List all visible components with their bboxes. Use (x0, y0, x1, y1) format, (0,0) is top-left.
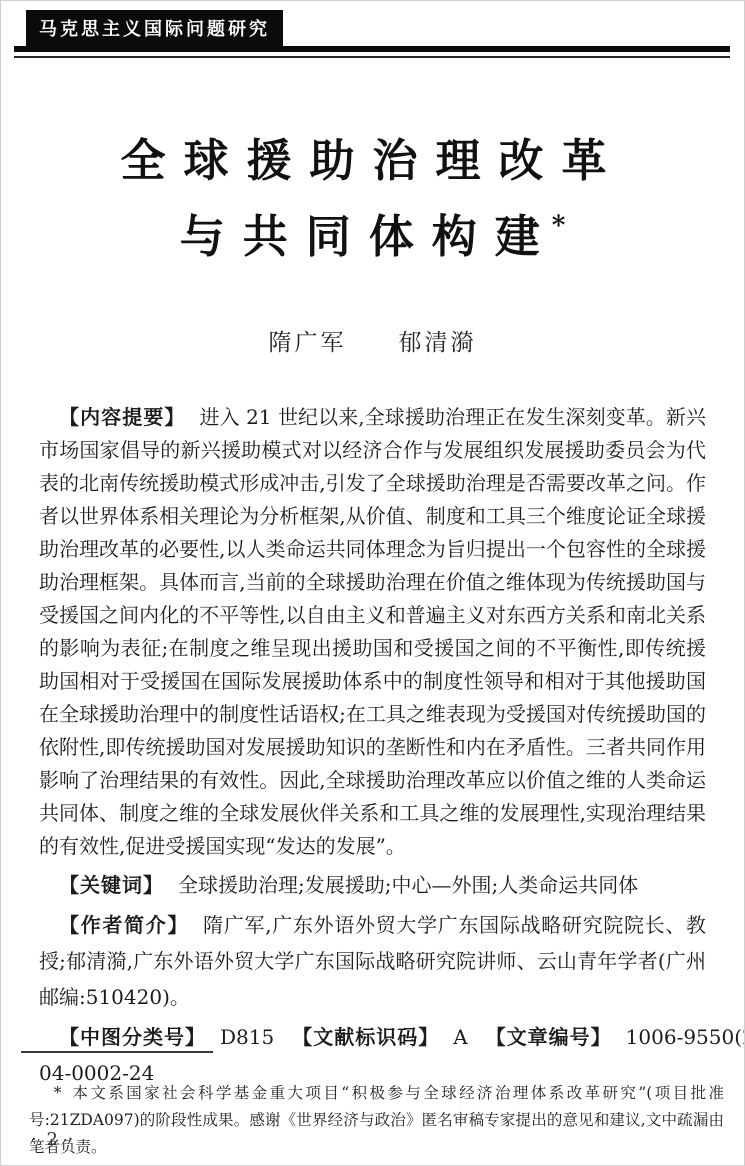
footnote-paragraph: *本文系国家社会科学基金重大项目“积极参与全球经济治理体系改革研究”(项目批准号… (29, 1080, 724, 1161)
footnote-text: 本文系国家社会科学基金重大项目“积极参与全球经济治理体系改革研究”(项目批准号:… (29, 1084, 724, 1156)
article-no-value: 1006-9550(2023) (626, 1025, 745, 1049)
journal-page: 马克思主义国际问题研究 全球援助治理改革 与共同体构建* 隋广军 郁清漪 【内容… (0, 0, 745, 1166)
doc-code-value: A (453, 1025, 467, 1049)
clc-value: D815 (220, 1025, 274, 1049)
article-title-line1: 全球援助治理改革 (1, 123, 744, 199)
clc-label: 【中图分类号】 (59, 1025, 206, 1049)
abstract-label: 【内容提要】 (59, 405, 185, 429)
article-title: 全球援助治理改革 与共同体构建* (1, 123, 744, 282)
keywords-line: 【关键词】全球援助治理;发展援助;中心—外围;人类命运共同体 (39, 867, 706, 903)
author-bio-paragraph: 【作者简介】隋广军,广东外语外贸大学广东国际战略研究院院长、教授;郁清漪,广东外… (39, 907, 706, 1015)
keywords-label: 【关键词】 (59, 873, 164, 897)
abstract-text: 进入 21 世纪以来,全球援助治理正在发生深刻变革。新兴市场国家倡导的新兴援助模… (39, 405, 706, 858)
keywords-text: 全球援助治理;发展援助;中心—外围;人类命运共同体 (178, 873, 638, 897)
author-bio-label: 【作者简介】 (59, 913, 189, 937)
doc-code-label: 【文献标识码】 (292, 1025, 439, 1049)
classification-line: 【中图分类号】D815【文献标识码】A【文章编号】1006-9550(2023) (39, 1019, 706, 1055)
article-title-line2-text: 与共同体构建 (180, 210, 558, 263)
journal-section-title: 马克思主义国际问题研究 (39, 19, 270, 40)
footnote-separator (21, 1051, 213, 1053)
author-names: 隋广军 郁清漪 (1, 324, 744, 357)
footnote-marker: * (54, 1084, 62, 1102)
article-title-line2: 与共同体构建* (1, 199, 744, 282)
abstract-paragraph: 【内容提要】进入 21 世纪以来,全球援助治理正在发生深刻变革。新兴市场国家倡导… (39, 401, 706, 863)
journal-section-badge: 马克思主义国际问题研究 (26, 10, 283, 48)
page-number: · 2 · (31, 1129, 75, 1150)
article-no-label: 【文章编号】 (486, 1025, 612, 1049)
title-footnote-marker: * (552, 188, 566, 264)
header-rule-thin (14, 56, 730, 58)
